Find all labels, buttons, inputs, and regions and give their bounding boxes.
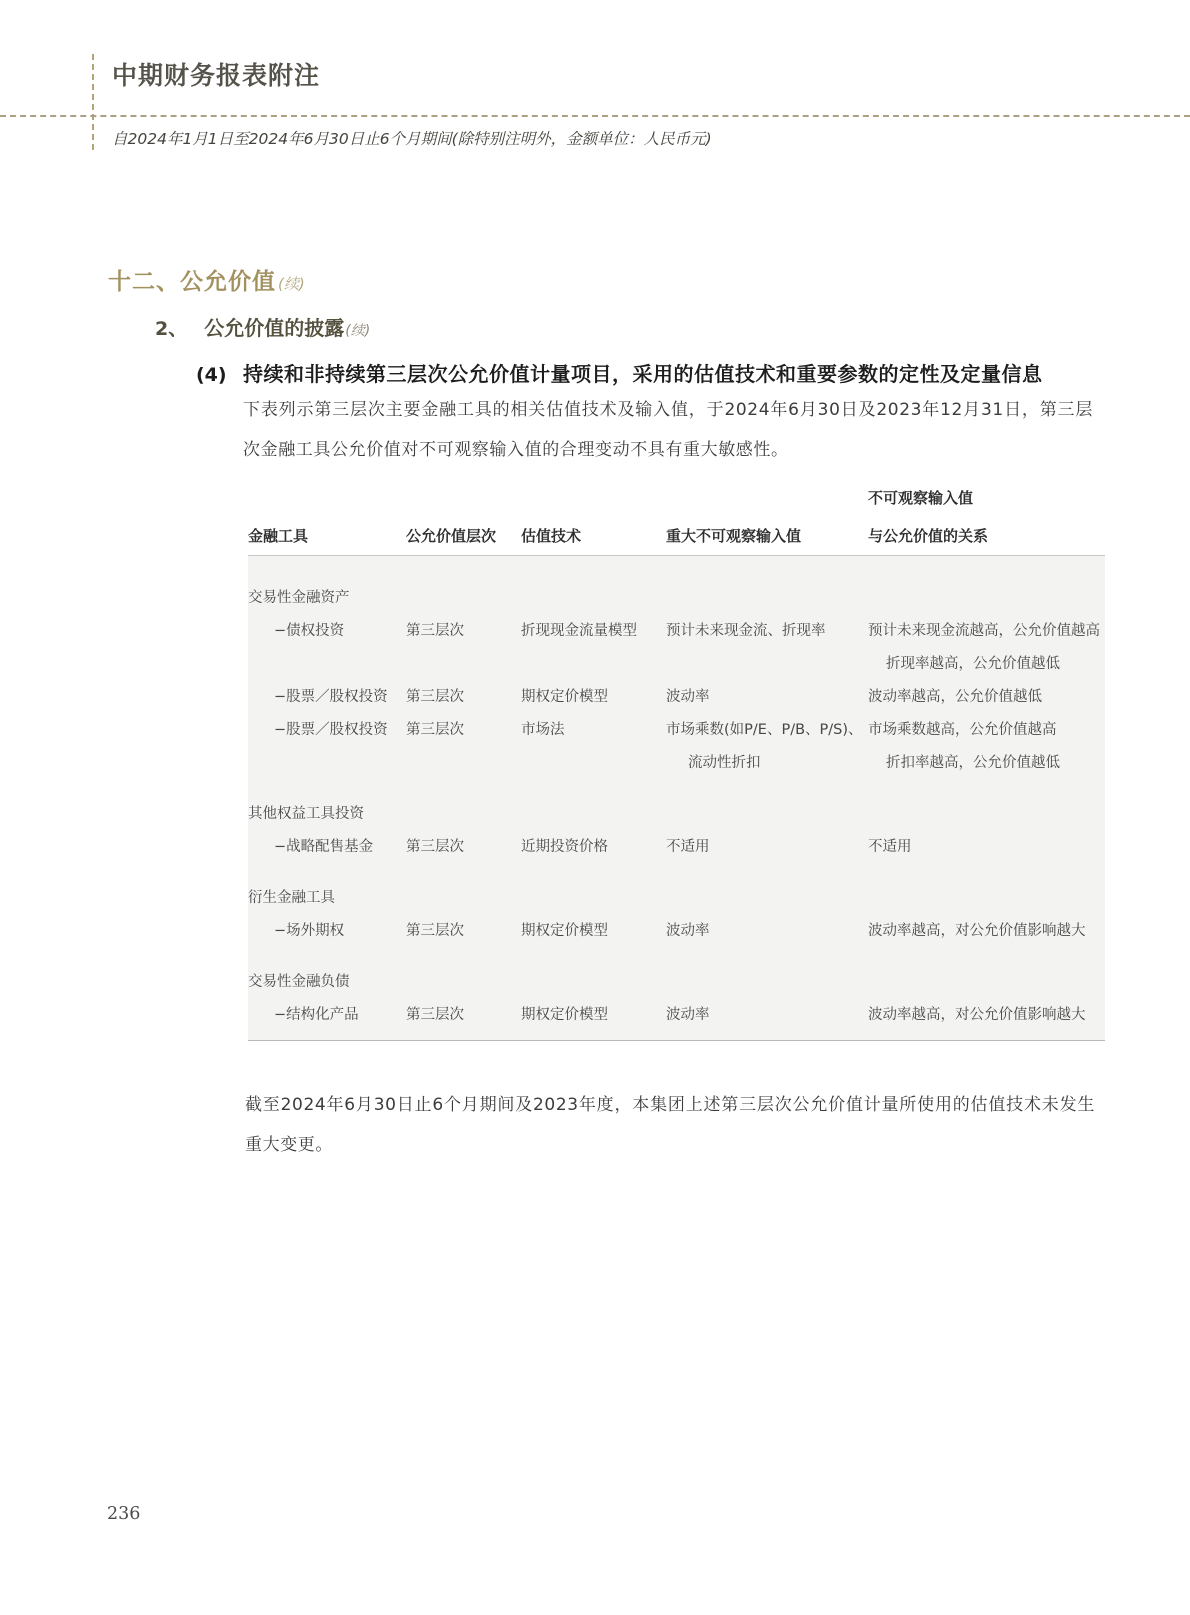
page-number: 236 [107,1504,140,1524]
subsection-number: 2、 [155,318,187,340]
cell-technique: 近期投资价格 [521,831,666,864]
cell-relation: 预计未来现金流越高，公允价值越高 [868,615,1105,648]
table-row-group: 衍生金融工具 [248,864,1105,915]
cell-level: 第三层次 [406,831,521,864]
cell-relation: 波动率越高，对公允价值影响越大 [868,999,1105,1032]
valuation-table: 金融工具 公允价值层次 估值技术 重大不可观察输入值 不可观察输入值 与公允价值… [248,488,1105,1041]
horizontal-dashed-rule [0,115,1190,117]
column-header-instrument: 金融工具 [248,526,406,546]
intro-paragraph: 下表列示第三层次主要金融工具的相关估值技术及输入值，于2024年6月30日及20… [243,390,1093,470]
table-row: −股票／股权投资 第三层次 市场法 市场乘数(如P/E、P/B、P/S)、 市场… [248,714,1105,747]
section-title: 十二、公允价值 [108,269,276,295]
table-row: −结构化产品 第三层次 期权定价模型 波动率 波动率越高，对公允价值影响越大 [248,999,1105,1032]
document-subtitle: 自2024年1月1日至2024年6月30日止6个月期间(除特别注明外，金额单位：… [112,127,712,149]
table-row: −战略配售基金 第三层次 近期投资价格 不适用 不适用 [248,831,1105,864]
column-header-level: 公允价值层次 [406,526,521,546]
cell-level: 第三层次 [406,681,521,714]
table-row-continuation: 流动性折扣 折扣率越高，公允价值越低 [248,747,1105,780]
cell-inputs: 波动率 [666,915,868,948]
cell-technique: 期权定价模型 [521,681,666,714]
cell-instrument: −结构化产品 [248,999,406,1032]
cell-technique: 期权定价模型 [521,915,666,948]
table-row-group: 交易性金融负债 [248,948,1105,999]
cell-inputs: 预计未来现金流、折现率 [666,615,868,648]
table-header-row: 金融工具 公允价值层次 估值技术 重大不可观察输入值 不可观察输入值 与公允价值… [248,488,1105,556]
table-row-group: 交易性金融资产 [248,564,1105,615]
table-row: −股票／股权投资 第三层次 期权定价模型 波动率 波动率越高，公允价值越低 [248,681,1105,714]
cell-instrument: −场外期权 [248,915,406,948]
column-header-inputs: 重大不可观察输入值 [666,526,868,546]
cell-level: 第三层次 [406,714,521,747]
cell-instrument: 衍生金融工具 [248,864,406,915]
cell-inputs: 不适用 [666,831,868,864]
column-header-relation: 不可观察输入值 与公允价值的关系 [868,488,1105,546]
subsection-title: 公允价值的披露 [204,316,344,340]
cell-relation: 不适用 [868,831,1105,864]
cell-inputs: 流动性折扣 [666,747,868,780]
vertical-dashed-rule [92,54,94,150]
cell-relation: 折扣率越高，公允价值越低 [868,747,1105,780]
subsection-continued-label: (续) [345,323,370,339]
item-heading: (4)持续和非持续第三层次公允价值计量项目，采用的估值技术和重要参数的定性及定量… [196,358,1043,387]
cell-instrument: 交易性金融负债 [248,948,406,999]
document-page: 中期财务报表附注 自2024年1月1日至2024年6月30日止6个月期间(除特别… [0,0,1190,1615]
cell-relation: 市场乘数越高，公允价值越高 [868,714,1105,747]
cell-level: 第三层次 [406,915,521,948]
cell-inputs: 市场乘数(如P/E、P/B、P/S)、 [666,714,868,747]
cell-technique: 市场法 [521,714,666,747]
closing-paragraph: 截至2024年6月30日止6个月期间及2023年度，本集团上述第三层次公允价值计… [245,1085,1095,1165]
section-continued-label: (续) [278,275,305,293]
cell-level: 第三层次 [406,999,521,1032]
table-row-continuation: 折现率越高，公允价值越低 [248,648,1105,681]
section-heading: 十二、公允价值(续) [108,263,305,296]
cell-instrument: −股票／股权投资 [248,714,406,747]
column-header-relation-line2: 与公允价值的关系 [868,526,1105,546]
table-row: −场外期权 第三层次 期权定价模型 波动率 波动率越高，对公允价值影响越大 [248,915,1105,948]
column-header-technique: 估值技术 [521,526,666,546]
cell-instrument: 其他权益工具投资 [248,780,406,831]
cell-inputs: 波动率 [666,999,868,1032]
item-title: 持续和非持续第三层次公允价值计量项目，采用的估值技术和重要参数的定性及定量信息 [243,362,1043,386]
item-number: (4) [196,364,243,386]
cell-relation: 折现率越高，公允价值越低 [868,648,1105,681]
cell-instrument: −债权投资 [248,615,406,648]
cell-relation: 波动率越高，公允价值越低 [868,681,1105,714]
cell-relation: 波动率越高，对公允价值影响越大 [868,915,1105,948]
column-header-relation-line1: 不可观察输入值 [868,488,1105,508]
cell-technique: 期权定价模型 [521,999,666,1032]
cell-inputs: 波动率 [666,681,868,714]
cell-level: 第三层次 [406,615,521,648]
cell-technique: 折现现金流量模型 [521,615,666,648]
subsection-heading: 2、公允价值的披露(续) [155,312,370,341]
cell-inputs [666,648,868,681]
cell-instrument: −战略配售基金 [248,831,406,864]
document-title: 中期财务报表附注 [112,56,320,92]
cell-instrument: −股票／股权投资 [248,681,406,714]
cell-instrument: 交易性金融资产 [248,564,406,615]
table-body: 交易性金融资产 −债权投资 第三层次 折现现金流量模型 预计未来现金流、折现率 … [248,556,1105,1041]
table-row: −债权投资 第三层次 折现现金流量模型 预计未来现金流、折现率 预计未来现金流越… [248,615,1105,648]
table-row-group: 其他权益工具投资 [248,780,1105,831]
